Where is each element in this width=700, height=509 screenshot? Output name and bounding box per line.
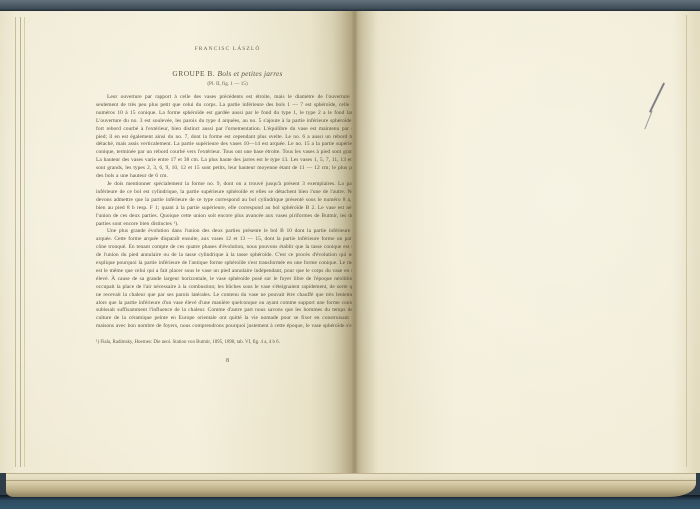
right-page: LES TYPES DE VASES PEINTS D'ARIUŞD (ERŐS… bbox=[352, 11, 700, 473]
left-fore-edge-line bbox=[24, 17, 25, 467]
left-page: FRANCISC LÁSZLÓ GROUPE B. Bols et petite… bbox=[0, 11, 352, 473]
left-paragraph-2: Je dois mentionner spécialement la forme… bbox=[96, 181, 359, 228]
left-fore-edge-line bbox=[20, 17, 21, 467]
table-surface-bottom bbox=[0, 495, 700, 509]
left-fore-edge-line bbox=[15, 17, 16, 467]
binding-gutter-shadow bbox=[332, 11, 376, 473]
left-page-text-column: FRANCISC LÁSZLÓ GROUPE B. Bols et petite… bbox=[96, 46, 359, 364]
section-title: GROUPE B. Bols et petites jarres bbox=[96, 69, 359, 78]
book-spread: FRANCISC LÁSZLÓ GROUPE B. Bols et petite… bbox=[0, 11, 700, 497]
plate-reference: (Pl. II, fig. 1 — 15) bbox=[96, 81, 359, 87]
left-paragraph-1: Leur ouverture par rapport à celle des v… bbox=[96, 94, 359, 181]
section-title-italic: Bols et petites jarres bbox=[217, 69, 282, 78]
footnote: ¹) Fiala, Radimsky, Hoernes: Die neol. S… bbox=[96, 340, 359, 347]
left-running-head: FRANCISC LÁSZLÓ bbox=[96, 46, 359, 52]
left-page-number: 8 bbox=[96, 358, 359, 364]
left-paragraph-3: Une plus grande évolution dans l'union d… bbox=[96, 228, 359, 331]
right-fore-edge-line bbox=[686, 15, 687, 467]
section-title-group: GROUPE B. bbox=[172, 69, 215, 78]
